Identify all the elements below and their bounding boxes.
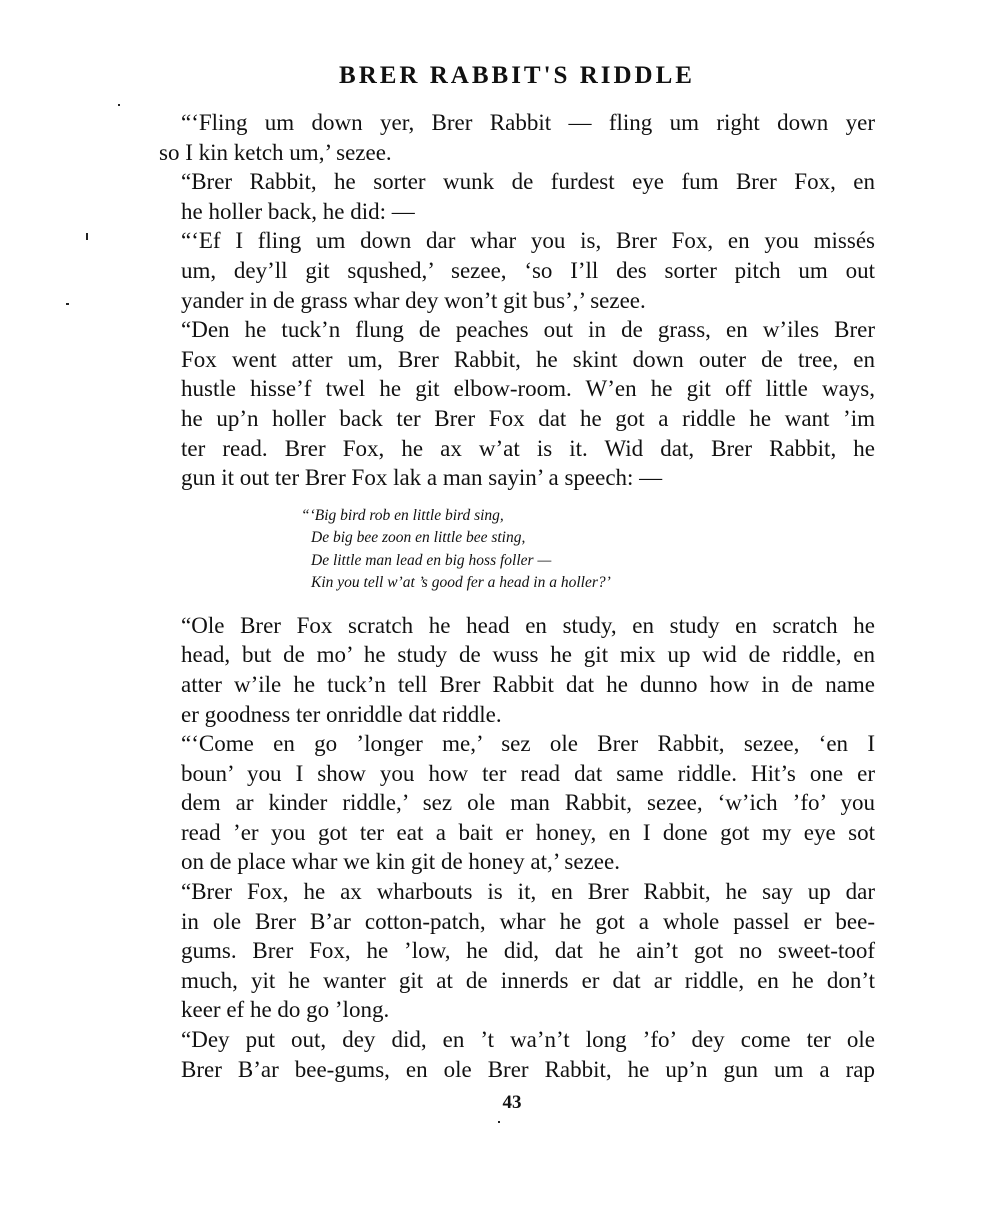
text-line: “Den he tuck’n flung de peaches out in d… <box>159 315 875 345</box>
text-line: um, dey’ll git squshed,’ sezee, ‘so I’ll… <box>159 256 875 286</box>
paragraph: “Brer Fox, he ax wharbouts is it, en Bre… <box>159 877 875 1025</box>
text-line: read ’er you got ter eat a bait er honey… <box>159 818 875 848</box>
text-line: boun’ you I show you how ter read dat sa… <box>159 759 875 789</box>
text-line: hustle hisse’f twel he git elbow-room. W… <box>159 374 875 404</box>
text-line: dem ar kinder riddle,’ sez ole man Rabbi… <box>159 788 875 818</box>
text-line: “Brer Fox, he ax wharbouts is it, en Bre… <box>159 877 875 907</box>
text-line: er goodness ter onriddle dat riddle. <box>159 700 875 730</box>
running-head: BRER RABBIT'S RIDDLE <box>0 62 1000 90</box>
text-line: “‘Ef I fling um down dar whar you is, Br… <box>159 226 875 256</box>
poem-line: De little man lead en big hoss foller — <box>301 550 875 573</box>
text-line: keer ef he do go ’long. <box>159 995 875 1025</box>
text-line: in ole Brer B’ar cotton-patch, whar he g… <box>159 907 875 937</box>
riddle-poem: “‘Big bird rob en little bird sing, De b… <box>301 505 875 595</box>
text-line: atter w’ile he tuck’n tell Brer Rabbit d… <box>159 670 875 700</box>
paragraph: “‘Fling um down yer, Brer Rabbit — fling… <box>159 108 875 167</box>
paragraph: “Dey put out, dey did, en ’t wa’n’t long… <box>159 1025 875 1084</box>
text-line: on de place whar we kin git de honey at,… <box>159 847 875 877</box>
text-line: much, yit he wanter git at de innerds er… <box>159 966 875 996</box>
scan-speck <box>498 1121 500 1123</box>
poem-line: “‘Big bird rob en little bird sing, <box>301 505 875 528</box>
text-line: gun it out ter Brer Fox lak a man sayin’… <box>159 463 875 493</box>
book-page: BRER RABBIT'S RIDDLE “‘Fling um down yer… <box>0 0 1000 1207</box>
text-line: head, but de mo’ he study de wuss he git… <box>159 640 875 670</box>
poem-line: De big bee zoon en little bee sting, <box>301 527 875 550</box>
text-line: yander in de grass whar dey won’t git bu… <box>159 286 875 316</box>
poem-line: Kin you tell w’at ’s good fer a head in … <box>301 572 875 595</box>
scan-speck <box>66 303 69 305</box>
text-line: “‘Come en go ’longer me,’ sez ole Brer R… <box>159 729 875 759</box>
paragraph: “Brer Rabbit, he sorter wunk de furdest … <box>159 167 875 226</box>
text-line: Brer B’ar bee-gums, en ole Brer Rabbit, … <box>159 1055 875 1085</box>
text-line: he up’n holler back ter Brer Fox dat he … <box>159 404 875 434</box>
scan-speck <box>86 233 88 240</box>
text-line: “Ole Brer Fox scratch he head en study, … <box>159 611 875 641</box>
text-line: he holler back, he did: — <box>159 197 875 227</box>
text-line: so I kin ketch um,’ sezee. <box>159 138 875 168</box>
page-number: 43 <box>0 1092 1000 1114</box>
paragraph: “Ole Brer Fox scratch he head en study, … <box>159 611 875 729</box>
paragraph: “‘Ef I fling um down dar whar you is, Br… <box>159 226 875 315</box>
text-line: “Brer Rabbit, he sorter wunk de furdest … <box>159 167 875 197</box>
text-line: “Dey put out, dey did, en ’t wa’n’t long… <box>159 1025 875 1055</box>
text-line: “‘Fling um down yer, Brer Rabbit — fling… <box>159 108 875 138</box>
paragraph: “Den he tuck’n flung de peaches out in d… <box>159 315 875 493</box>
text-line: Fox went atter um, Brer Rabbit, he skint… <box>159 345 875 375</box>
text-line: gums. Brer Fox, he ’low, he did, dat he … <box>159 936 875 966</box>
paragraph: “‘Come en go ’longer me,’ sez ole Brer R… <box>159 729 875 877</box>
scan-speck <box>118 104 120 106</box>
body-text: “‘Fling um down yer, Brer Rabbit — fling… <box>159 108 875 1084</box>
text-line: ter read. Brer Fox, he ax w’at is it. Wi… <box>159 434 875 464</box>
